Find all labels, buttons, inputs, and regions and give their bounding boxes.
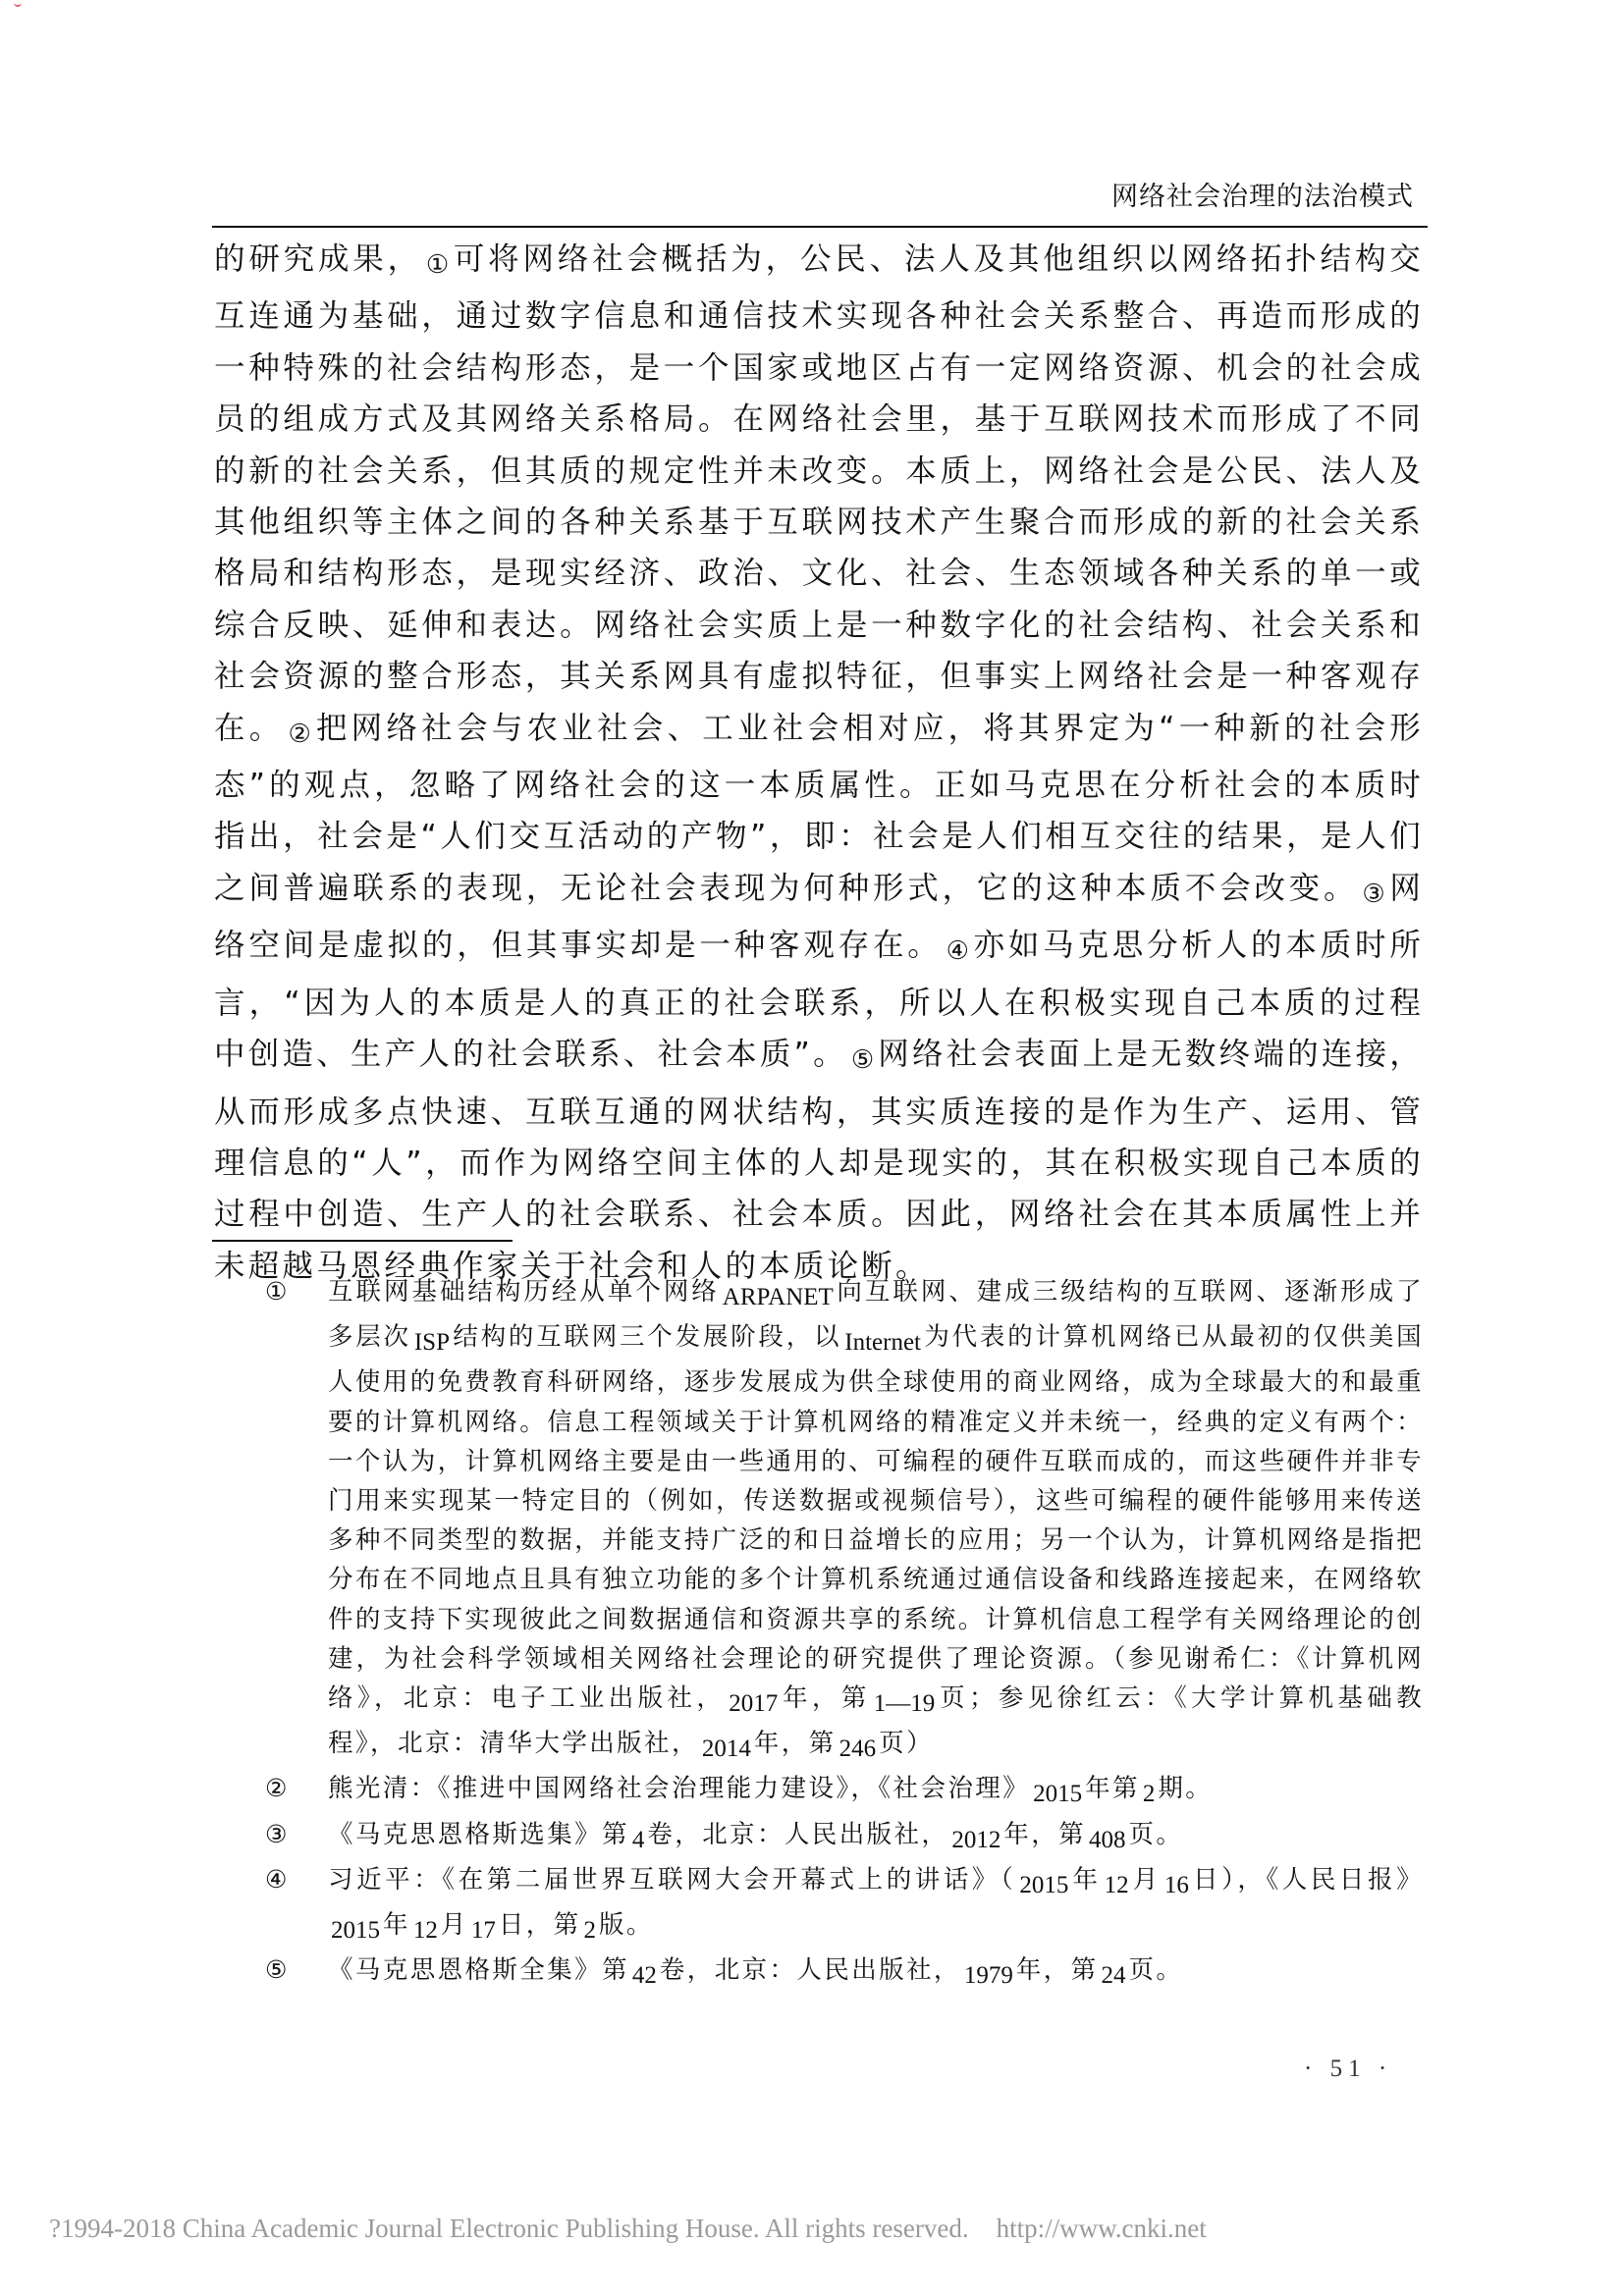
fn-number: 12 <box>1105 1872 1129 1898</box>
fn-text-part: 年 <box>1071 1865 1101 1895</box>
body-text-segment: 把网络社会与农业社会、工业社会相对应，将其界定为“一种新的社会形态”的观点，忽略… <box>214 711 1424 906</box>
fn-number: 2012 <box>951 1827 1001 1853</box>
fn-number: 4 <box>632 1827 645 1853</box>
fn-text-part: 期。 <box>1158 1774 1213 1803</box>
footnote-1: ① 互联网基础结构历经从单个网络ARPANET向互联网、建成三级结构的互联网、逐… <box>265 1272 1424 1769</box>
footnote-2: ② 熊光清：《推进中国网络社会治理能力建设》，《社会治理》2015年第2期。 <box>265 1769 1424 1814</box>
fn-text-part: 《马克思恩格斯全集》第 <box>328 1955 629 1985</box>
running-header-title: 网络社会治理的法治模式 <box>1111 175 1414 213</box>
fn-number: 2017 <box>729 1690 778 1717</box>
footnote-separator <box>212 1240 513 1242</box>
fn-text-part: 习近平：《在第二届世界互联网大会开幕式上的讲话》（ <box>328 1865 1016 1895</box>
fn-text-part: 页。 <box>1129 1820 1184 1849</box>
footnote-marker: ④ <box>265 1860 328 1950</box>
fn-number: 2015 <box>331 1917 380 1944</box>
fn-text-part: 结构的互联网三个发展阶段，以 <box>453 1322 841 1352</box>
fn-text-part: 年，第 <box>1016 1955 1099 1985</box>
fn-text-part: 月 <box>441 1910 468 1940</box>
footnote-ref-4[interactable]: ④ <box>947 936 970 966</box>
footnote-5: ⑤ 《马克思恩格斯全集》第42卷，北京：人民出版社，1979年，第24页。 <box>265 1950 1424 1996</box>
footnote-text: 习近平：《在第二届世界互联网大会开幕式上的讲话》（2015年12月16日），《人… <box>328 1860 1424 1950</box>
page-number: · 51 · <box>1304 2056 1392 2083</box>
body-text-segment: 可将网络社会概括为，公民、法人及其他组织以网络拓扑结构交互连通为基础，通过数字信… <box>214 241 1424 746</box>
fn-text-part: 熊光清：《推进中国网络社会治理能力建设》，《社会治理》 <box>328 1774 1030 1803</box>
fn-text-part: 卷，北京：人民出版社， <box>647 1820 948 1849</box>
fn-text-part: 年，第 <box>1003 1820 1086 1849</box>
fn-text-part: 年 <box>383 1910 410 1940</box>
fn-number: 17 <box>471 1917 496 1944</box>
fn-text-part: 年，第 <box>754 1729 837 1758</box>
body-text-segment: 网络社会表面上是无数终端的连接，从而形成多点快速、互联互通的网状结构，其实质连接… <box>214 1037 1424 1284</box>
footnote-text: 互联网基础结构历经从单个网络ARPANET向互联网、建成三级结构的互联网、逐渐形… <box>328 1272 1424 1769</box>
fn-text-part: 日，第 <box>499 1910 581 1940</box>
fn-number: 12 <box>413 1917 438 1944</box>
copyright-text: ?1994-2018 China Academic Journal Electr… <box>49 2214 969 2243</box>
fn-number: 408 <box>1089 1827 1126 1853</box>
footnote-ref-5[interactable]: ⑤ <box>851 1045 874 1075</box>
fn-text-part: 年，第 <box>781 1683 871 1713</box>
footnote-text: 熊光清：《推进中国网络社会治理能力建设》，《社会治理》2015年第2期。 <box>328 1769 1424 1814</box>
fn-number: 16 <box>1164 1872 1189 1898</box>
fn-number: 24 <box>1102 1962 1126 1989</box>
footnote-marker: ⑤ <box>265 1950 328 1996</box>
fn-text-part: 互联网基础结构历经从单个网络 <box>328 1277 720 1307</box>
fn-text-part: 《马克思恩格斯选集》第 <box>328 1820 629 1849</box>
fn-text-part: 版。 <box>599 1910 654 1940</box>
footnote-ref-3[interactable]: ③ <box>1362 880 1385 909</box>
footnote-text: 《马克思恩格斯选集》第4卷，北京：人民出版社，2012年，第408页。 <box>328 1815 1424 1860</box>
body-text-segment: 的研究成果， <box>214 241 422 277</box>
publisher-url[interactable]: http://www.cnki.net <box>997 2214 1207 2243</box>
fn-number: 1979 <box>964 1962 1013 1989</box>
fn-text-part: 页。 <box>1129 1955 1184 1985</box>
footnote-text: 《马克思恩格斯全集》第42卷，北京：人民出版社，1979年，第24页。 <box>328 1950 1424 1996</box>
fn-number: 1—19 <box>874 1690 936 1717</box>
fn-number: 2 <box>1143 1781 1156 1807</box>
fn-number: 42 <box>632 1962 657 1989</box>
footnote-3: ③ 《马克思恩格斯选集》第4卷，北京：人民出版社，2012年，第408页。 <box>265 1815 1424 1860</box>
footnote-marker: ① <box>265 1272 328 1769</box>
fn-number: 2015 <box>1033 1781 1082 1807</box>
footnotes-section: ① 互联网基础结构历经从单个网络ARPANET向互联网、建成三级结构的互联网、逐… <box>265 1272 1424 1996</box>
footnote-4: ④ 习近平：《在第二届世界互联网大会开幕式上的讲话》（2015年12月16日），… <box>265 1860 1424 1950</box>
fn-text-part: 年第 <box>1085 1774 1140 1803</box>
footnote-ref-2[interactable]: ② <box>289 720 312 749</box>
fn-text-part: 日），《人民日报》 <box>1192 1865 1424 1895</box>
fn-latin-term: ISP <box>414 1329 450 1356</box>
fn-text-part: 月 <box>1132 1865 1162 1895</box>
copyright-notice: ?1994-2018 China Academic Journal Electr… <box>49 2214 1207 2244</box>
fn-number: 2015 <box>1019 1872 1068 1898</box>
fn-latin-term: Internet <box>844 1329 921 1356</box>
footnote-marker: ③ <box>265 1815 328 1860</box>
fn-number: 2 <box>584 1917 597 1944</box>
header-rule <box>212 226 1428 228</box>
fn-number: 2014 <box>702 1735 751 1762</box>
fn-latin-term: ARPANET <box>723 1284 834 1310</box>
fn-text-part: 为代表的计算机网络已从最初的仅供美国人使用的免费教育科研网络，逐步发展成为供全球… <box>328 1322 1424 1713</box>
footnote-marker: ② <box>265 1769 328 1814</box>
fn-text-part: 卷，北京：人民出版社， <box>660 1955 961 1985</box>
corner-scan-mark <box>14 0 22 7</box>
fn-text-part: 页） <box>879 1729 934 1758</box>
body-paragraph: 的研究成果，①可将网络社会概括为，公民、法人及其他组织以网络拓扑结构交互连通为基… <box>214 234 1424 1292</box>
footnote-ref-1[interactable]: ① <box>426 250 450 280</box>
fn-number: 246 <box>839 1735 877 1762</box>
